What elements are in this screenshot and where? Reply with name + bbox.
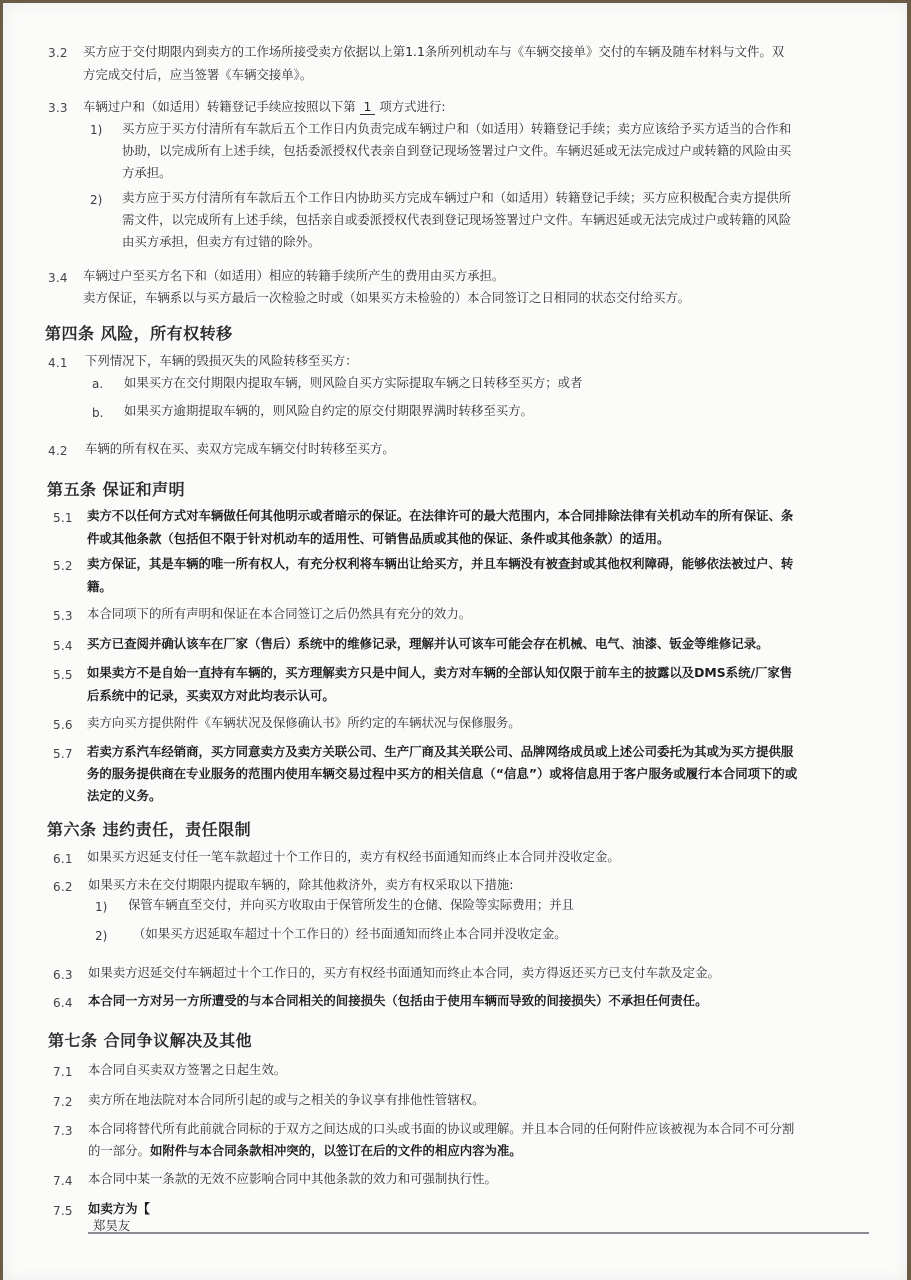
clause-number: 4.1 [48,356,68,370]
clause-number: 6.4 [53,996,73,1010]
clause-5-4-text: 买方已查阅并确认该车在厂家（售后）系统中的维修记录，理解并认可该车可能会存在机械… [87,634,768,655]
clause-6-2-item2: （如果买方迟延取车超过十个工作日的）经书面通知而终止本合同并没收定金。 [133,924,567,945]
clause-3-3-text-before: 车辆过户和（如适用）转籍登记手续应按照以下第 [83,99,356,114]
section-7-heading: 第七条 合同争议解决及其他 [48,1028,252,1051]
clause-5-5-line1: 如果卖方不是自始一直持有车辆的，买方理解卖方只是中间人，卖方对车辆的全部认知仅限… [87,663,792,684]
clause-5-2-line2: 籍。 [87,577,112,598]
item-letter: b. [92,406,103,420]
clause-number: 7.3 [53,1124,73,1138]
clause-6-4-text: 本合同一方对另一方所遭受的与本合同相关的间接损失（包括由于使用车辆而导致的间接损… [88,991,708,1012]
item-number: 1) [95,900,107,914]
clause-3-3-item1-line3: 方承担。 [122,163,172,184]
clause-3-3-item2-line1: 卖方应于买方付清所有车款后五个工作日内协助买方完成车辆过户和（如适用）转籍登记手… [122,188,791,209]
clause-5-1-line2: 件或其他条款（包括但不限于针对机动车的适用性、可销售品质或其他的保证、条件或其他… [87,529,669,550]
clause-4-1-text: 下列情况下，车辆的毁损灭失的风险转移至买方： [85,351,358,372]
clause-7-3-line2-normal: 的一部分。 [88,1143,150,1158]
clause-3-3-item2-line2: 需文件，以完成所有上述手续，包括亲自或委派授权代表到登记现场签署过户文件。车辆迟… [122,210,791,231]
clause-7-3-line1: 本合同将替代所有此前就合同标的于双方之间达成的口头或书面的协议或理解。并且本合同… [88,1119,794,1140]
clause-6-1-text: 如果买方迟延支付任一笔车款超过十个工作日的，卖方有权经书面通知而终止本合同并没收… [87,847,620,868]
clause-4-1-item-a: 如果买方在交付期限内提取车辆，则风险自买方实际提取车辆之日转移至买方；或者 [124,373,582,394]
clause-7-3-line2-bold: 如附件与本合同条款相冲突的，以签订在后的文件的相应内容为准。 [150,1143,522,1158]
clause-3-2-line1: 买方应于交付期限内到卖方的工作场所接受卖方依据以上第1.1条所列机动车与《车辆交… [83,42,784,63]
clause-4-1-item-b: 如果买方逾期提取车辆的，则风险自约定的原交付期限界满时转移至买方。 [124,401,533,422]
clause-5-3-text: 本合同项下的所有声明和保证在本合同签订之后仍然具有充分的效力。 [87,604,471,625]
clause-3-2-line2: 方完成交付后，应当签署《车辆交接单》。 [83,65,312,86]
section-5-heading: 第五条 保证和声明 [47,477,185,500]
clause-5-6-text: 卖方向买方提供附件《车辆状况及保修确认书》所约定的车辆状况与保修服务。 [87,713,521,734]
clause-7-4-text: 本合同中某一条款的无效不应影响合同中其他条款的效力和可强制执行性。 [88,1169,497,1190]
clause-number: 7.2 [53,1095,73,1109]
clause-number: 4.2 [48,444,68,458]
clause-6-2-text: 如果买方未在交付期限内提取车辆的，除其他救济外，卖方有权采取以下措施: [88,875,513,896]
clause-6-3-text: 如果卖方迟延交付车辆超过十个工作日的，买方有权经书面通知而终止本合同，卖方得返还… [88,963,720,984]
clause-number: 3.4 [48,271,68,285]
method-number-blank: 1 [360,100,376,115]
clause-number: 7.5 [53,1204,73,1218]
contract-page: 3.2 买方应于交付期限内到卖方的工作场所接受卖方依据以上第1.1条所列机动车与… [3,3,907,1280]
clause-5-2-line1: 卖方保证，其是车辆的唯一所有权人，有充分权利将车辆出让给买方，并且车辆没有被查封… [87,554,793,575]
clause-number: 7.1 [53,1065,73,1079]
clause-3-3-text-after: 项方式进行: [379,99,445,114]
clause-number: 5.5 [53,668,73,682]
clause-4-2-text: 车辆的所有权在买、卖双方完成车辆交付时转移至买方。 [85,439,395,460]
clause-number: 5.3 [53,609,73,623]
item-number: 1) [90,123,102,137]
clause-number: 6.2 [53,880,73,894]
clause-3-3-item2-line3: 由买方承担，但卖方有过错的除外。 [122,232,320,253]
item-number: 2) [95,929,107,943]
clause-3-3-text: 车辆过户和（如适用）转籍登记手续应按照以下第 1 项方式进行: [83,97,446,118]
clause-5-7-line2: 务的服务提供商在专业服务的范围内使用车辆交易过程中买方的相关信息（“信息”）或将… [87,764,797,785]
clause-7-2-text: 卖方所在地法院对本合同所引起的或与之相关的争议享有排他性管辖权。 [88,1090,485,1111]
clause-number: 6.3 [53,968,73,982]
clause-3-4-line1: 车辆过户至买方名下和（如适用）相应的转籍手续所产生的费用由买方承担。 [83,266,504,287]
item-letter: a. [92,377,103,391]
clause-6-2-item1: 保管车辆直至交付，并向买方收取由于保管所发生的仓储、保险等实际费用；并且 [128,895,574,916]
clause-5-1-line1: 卖方不以任何方式对车辆做任何其他明示或者暗示的保证。在法律许可的最大范围内，本合… [87,506,793,527]
clause-7-1-text: 本合同自买卖双方签署之日起生效。 [88,1060,286,1081]
clause-5-7-line3: 法定的义务。 [87,786,161,807]
item-number: 2) [90,193,102,207]
section-4-heading: 第四条 风险，所有权转移 [45,321,233,344]
section-6-heading: 第六条 违约责任，责任限制 [47,817,251,840]
clause-3-3-item1-line1: 买方应于买方付清所有车款后五个工作日内负责完成车辆过户和（如适用）转籍登记手续；… [122,119,791,140]
clause-7-3-line2: 的一部分。如附件与本合同条款相冲突的，以签订在后的文件的相应内容为准。 [88,1141,522,1162]
clause-number: 5.6 [53,718,73,732]
clause-number: 7.4 [53,1174,73,1188]
clause-5-5-line2: 后系统中的记录，买卖双方对此均表示认可。 [87,686,335,707]
clause-number: 6.1 [53,852,73,866]
clause-number: 5.4 [53,639,73,653]
clause-number: 5.2 [53,559,73,573]
signature-line [88,1232,869,1234]
clause-3-4-line2: 卖方保证，车辆系以与买方最后一次检验之时或（如果买方未检验的）本合同签订之日相同… [83,288,690,309]
clause-number: 3.2 [48,46,68,60]
clause-3-3-item1-line2: 协助，以完成所有上述手续，包括委派授权代表亲自到登记现场签署过户文件。车辆迟延或… [122,141,791,162]
clause-number: 5.1 [53,511,73,525]
clause-number: 3.3 [48,101,68,115]
clause-5-7-line1: 若卖方系汽车经销商，买方同意卖方及卖方关联公司、生产厂商及其关联公司、品牌网络成… [87,742,793,763]
clause-number: 5.7 [53,747,73,761]
